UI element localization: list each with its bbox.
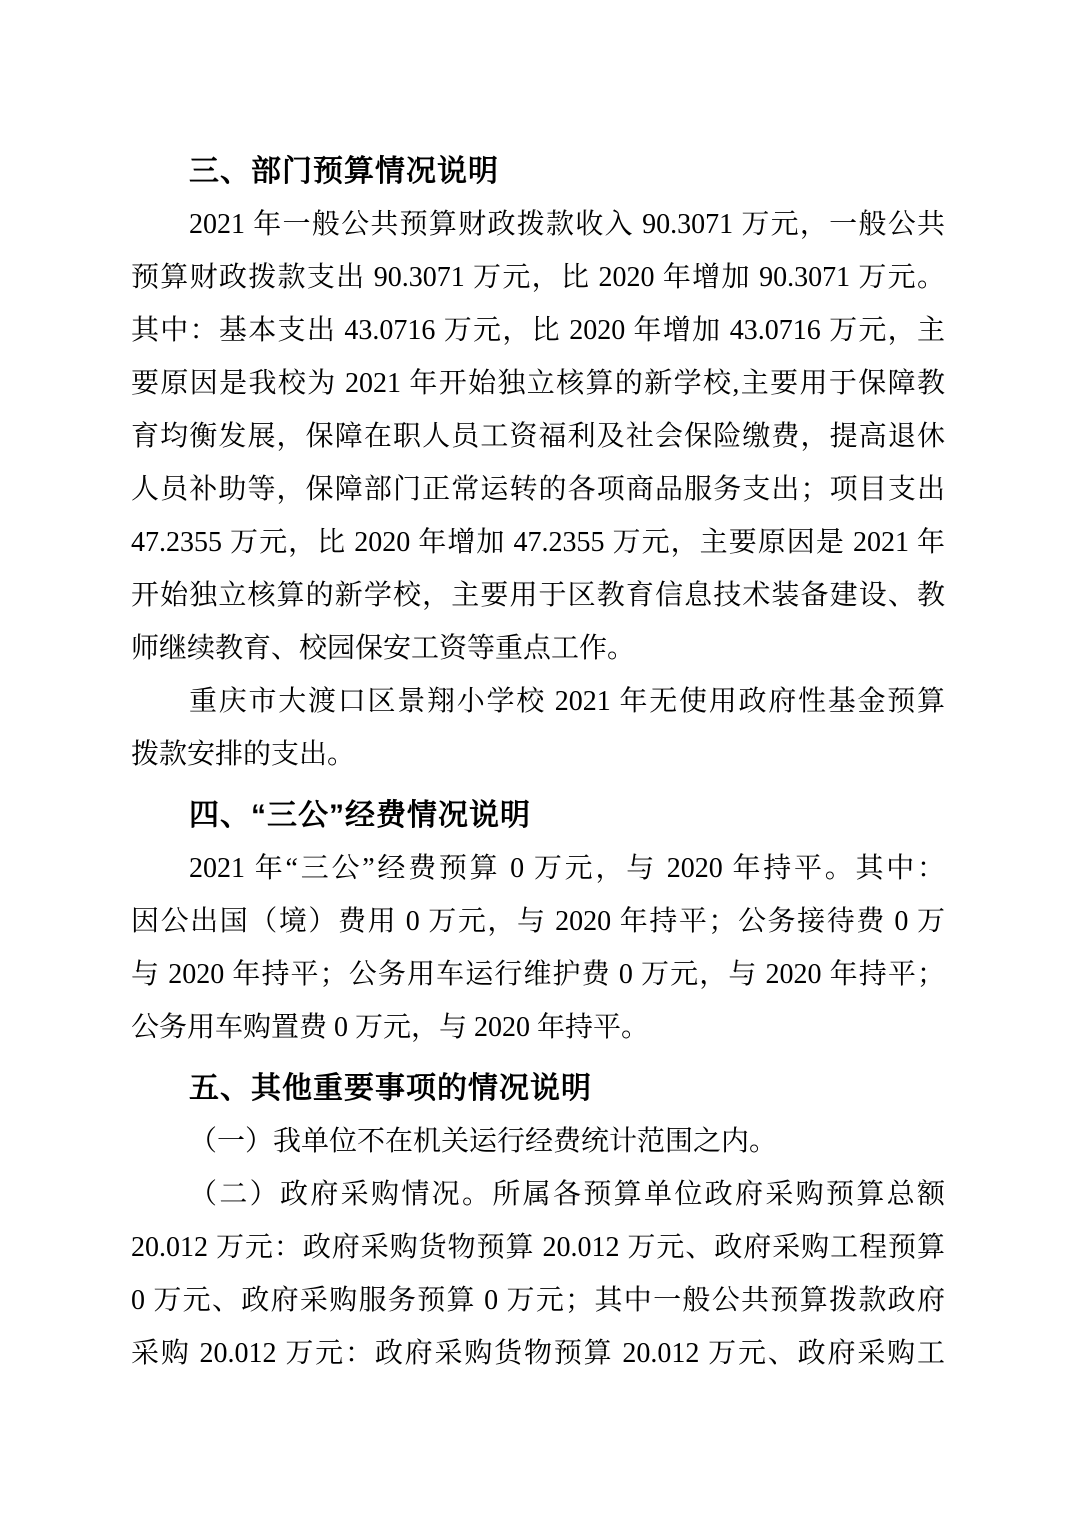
text-line: 拨款安排的支出。 — [131, 728, 945, 781]
text-line: 预算财政拨款支出 90.3071 万元，比 2020 年增加 90.3071 万… — [131, 251, 945, 304]
text-line: 重庆市大渡口区景翔小学校 2021 年无使用政府性基金预算 — [131, 675, 945, 728]
text-line: 2021 年“三公”经费预算 0 万元，与 2020 年持平。其中： — [131, 842, 945, 895]
text-line: 采购 20.012 万元：政府采购货物预算 20.012 万元、政府采购工 — [131, 1327, 945, 1380]
text-line: 其中：基本支出 43.0716 万元，比 2020 年增加 43.0716 万元… — [131, 304, 945, 357]
text-line: 0 万元、政府采购服务预算 0 万元；其中一般公共预算拨款政府 — [131, 1274, 945, 1327]
text-line: 要原因是我校为 2021 年开始独立核算的新学校,主要用于保障教 — [131, 357, 945, 410]
document-content: 三、部门预算情况说明2021 年一般公共预算财政拨款收入 90.3071 万元，… — [131, 145, 945, 1380]
text-line: （二）政府采购情况。所属各预算单位政府采购预算总额 — [131, 1168, 945, 1221]
text-line: 开始独立核算的新学校，主要用于区教育信息技术装备建设、教 — [131, 569, 945, 622]
text-line: 与 2020 年持平；公务用车运行维护费 0 万元，与 2020 年持平； — [131, 948, 945, 1001]
text-line: 因公出国（境）费用 0 万元，与 2020 年持平；公务接待费 0 万元， — [131, 895, 945, 948]
text-line: （一）我单位不在机关运行经费统计范围之内。 — [131, 1115, 945, 1168]
text-line: 20.012 万元：政府采购货物预算 20.012 万元、政府采购工程预算 — [131, 1221, 945, 1274]
document-page: 三、部门预算情况说明2021 年一般公共预算财政拨款收入 90.3071 万元，… — [0, 0, 1074, 1520]
text-line: 人员补助等，保障部门正常运转的各项商品服务支出；项目支出 — [131, 463, 945, 516]
text-line: 育均衡发展，保障在职人员工资福利及社会保险缴费，提高退休 — [131, 410, 945, 463]
section-heading: 三、部门预算情况说明 — [131, 145, 945, 198]
text-line: 47.2355 万元，比 2020 年增加 47.2355 万元，主要原因是 2… — [131, 516, 945, 569]
text-line: 公务用车购置费 0 万元，与 2020 年持平。 — [131, 1001, 945, 1054]
section-heading: 五、其他重要事项的情况说明 — [131, 1062, 945, 1115]
section-heading: 四、“三公”经费情况说明 — [131, 789, 945, 842]
text-line: 师继续教育、校园保安工资等重点工作。 — [131, 622, 945, 675]
text-line: 2021 年一般公共预算财政拨款收入 90.3071 万元，一般公共 — [131, 198, 945, 251]
